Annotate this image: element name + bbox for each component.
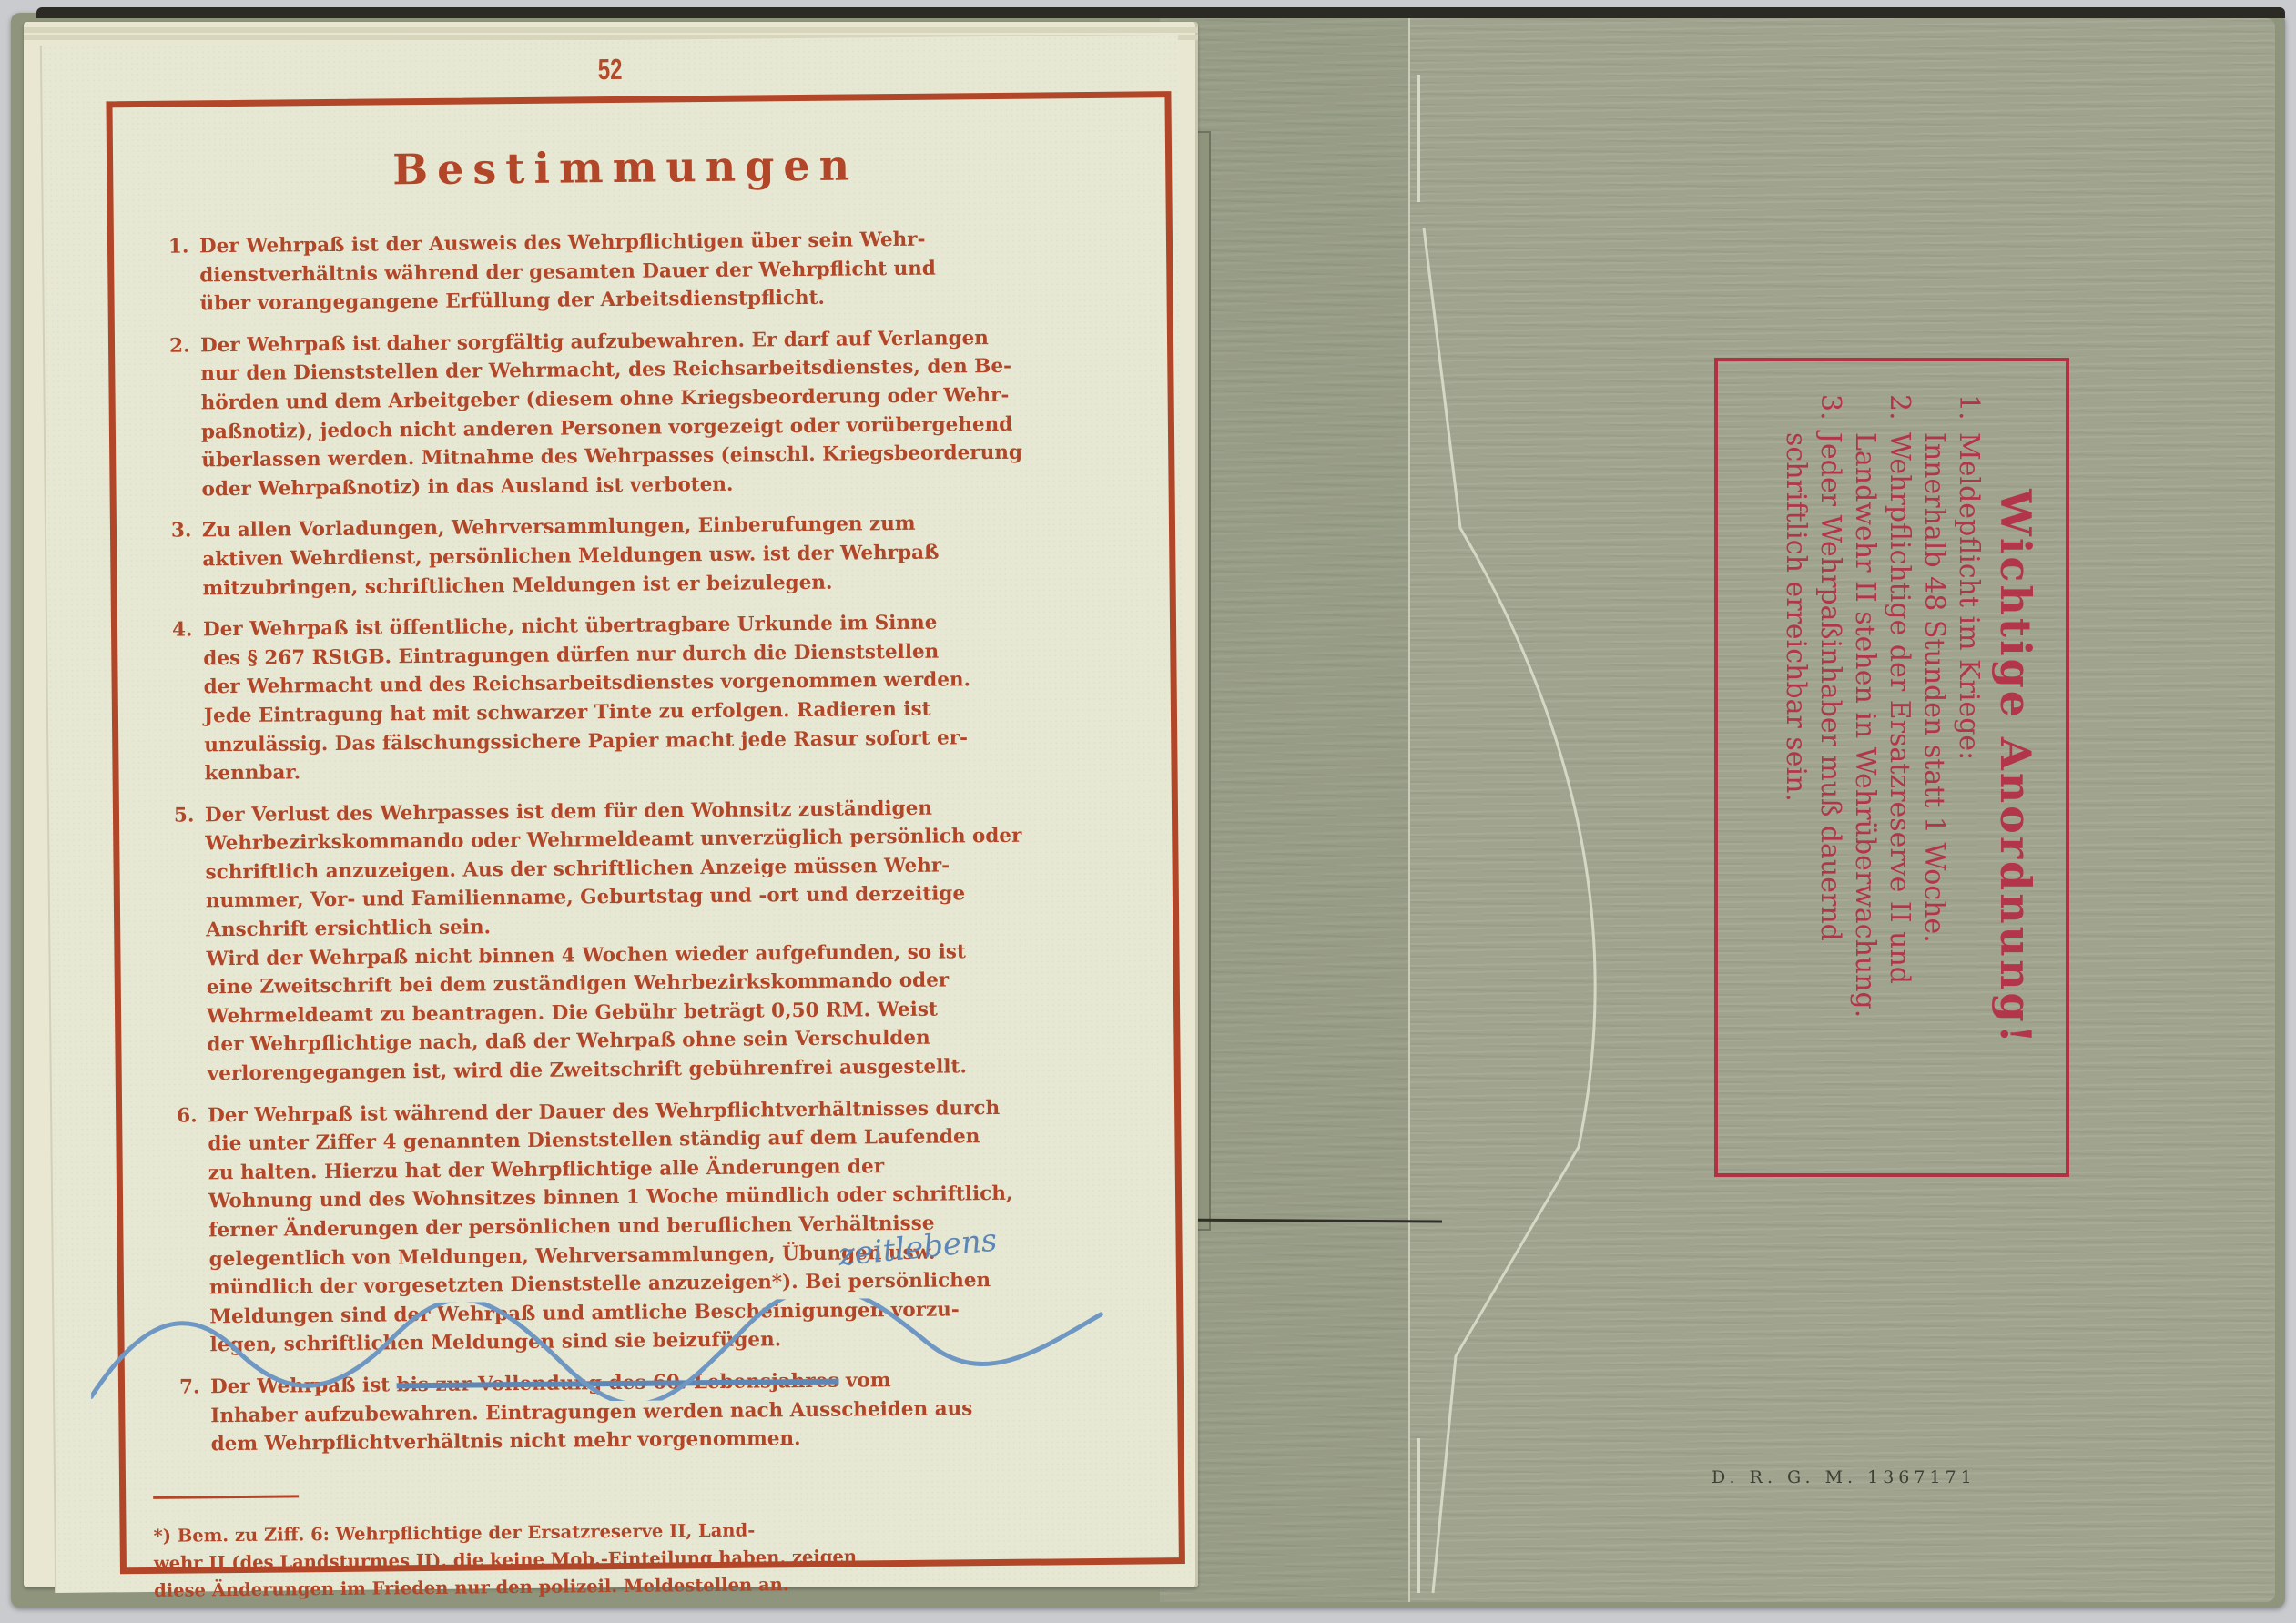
handwritten-cross-out-squiggle <box>90 1296 1111 1406</box>
stamp-item: 2. Wehrpflichtige der Ersatzreserve II u… <box>1847 394 1916 1141</box>
page-edge <box>24 27 1198 33</box>
page-title: Bestimmungen <box>168 138 1083 197</box>
patent-mark: D. R. G. M. 1367171 <box>1712 1467 1976 1487</box>
rules-list: 1. Der Wehrpaß ist der Ausweis des Wehrp… <box>168 224 1096 1459</box>
footnote-divider <box>153 1495 299 1499</box>
footnote: *) Bem. zu Ziff. 6: Wehrpflichtige der E… <box>153 1514 1097 1605</box>
page-number: 52 <box>184 49 1036 91</box>
stamp-title: Wichtige Anordnung! <box>1991 394 2040 1141</box>
rule-1: 1. Der Wehrpaß ist der Ausweis des Wehrp… <box>168 224 1085 319</box>
pocket-slot <box>1417 75 1420 202</box>
printed-page: 52 Bestimmungen 1. Der Wehrpaß ist der A… <box>40 35 1193 1593</box>
stamp-item: 3. Jeder Wehrpaßinhaber muß dauernd schr… <box>1778 394 1847 1141</box>
rule-5: 5. Der Verlust des Wehrpasses ist dem fü… <box>174 793 1092 1090</box>
stamp-item: 1. Meldepflicht im Kriege: Innerhalb 48 … <box>1916 394 1986 1141</box>
warning-stamp: Wichtige Anordnung! 1. Meldepflicht im K… <box>1714 358 2069 1177</box>
booklet-top-edge <box>36 7 2285 18</box>
rule-3: 3. Zu allen Vorladungen, Wehrversammlung… <box>171 508 1088 603</box>
rule-2: 2. Der Wehrpaß ist daher sorgfältig aufz… <box>169 323 1087 504</box>
rule-4: 4. Der Wehrpaß ist öffentliche, nicht üb… <box>172 607 1090 788</box>
pocket-slot <box>1417 1438 1420 1593</box>
